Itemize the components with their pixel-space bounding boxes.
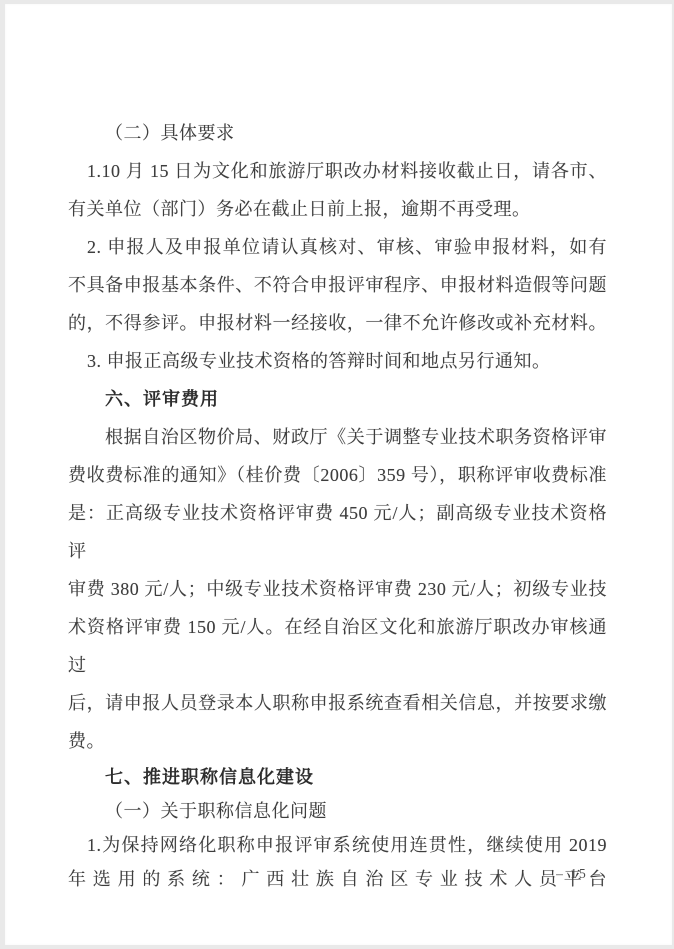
text-line: 不具备申报基本条件、不符合申报评审程序、申报材料造假等问题 bbox=[68, 266, 607, 304]
text-line: 根据自治区物价局、财政厅《关于调整专业技术职务资格评审 bbox=[68, 418, 607, 456]
text-line: 费收费标准的通知》（桂价费〔2006〕359 号），职称评审收费标准 bbox=[68, 456, 607, 494]
text-line: 1.为保持网络化职称申报评审系统使用连贯性，继续使用 2019 bbox=[68, 828, 607, 862]
section-heading: 六、评审费用 bbox=[68, 380, 607, 418]
text-line: 审费 380 元/人；中级专业技术资格评审费 230 元/人；初级专业技 bbox=[68, 570, 607, 608]
text-line: 有关单位（部门）务必在截止日前上报，逾期不再受理。 bbox=[68, 190, 607, 228]
page-number: – 15 – bbox=[545, 866, 613, 882]
text-line: 后，请申报人员登录本人职称申报系统查看相关信息，并按要求缴 bbox=[68, 684, 607, 722]
text-line: 1.10 月 15 日为文化和旅游厅职改办材料接收截止日，请各市、 bbox=[68, 152, 607, 190]
document-body: （二）具体要求1.10 月 15 日为文化和旅游厅职改办材料接收截止日，请各市、… bbox=[68, 114, 607, 896]
text-line: 是：正高级专业技术资格评审费 450 元/人；副高级专业技术资格评 bbox=[68, 494, 607, 570]
document-page: （二）具体要求1.10 月 15 日为文化和旅游厅职改办材料接收截止日，请各市、… bbox=[5, 4, 672, 945]
text-line: 3. 申报正高级专业技术资格的答辩时间和地点另行通知。 bbox=[68, 342, 607, 380]
text-line: 2. 申报人及申报单位请认真核对、审核、审验申报材料，如有 bbox=[68, 228, 607, 266]
text-line: 术资格评审费 150 元/人。在经自治区文化和旅游厅职改办审核通过 bbox=[68, 608, 607, 684]
section-heading: 七、推进职称信息化建设 bbox=[68, 760, 607, 794]
text-line: 年选用的系统：广西壮族自治区专业技术人员平台 bbox=[68, 862, 607, 896]
text-line: 费。 bbox=[68, 722, 607, 760]
text-line: （二）具体要求 bbox=[68, 114, 607, 152]
text-line: （一）关于职称信息化问题 bbox=[68, 794, 607, 828]
text-line: 的，不得参评。申报材料一经接收，一律不允许修改或补充材料。 bbox=[68, 304, 607, 342]
